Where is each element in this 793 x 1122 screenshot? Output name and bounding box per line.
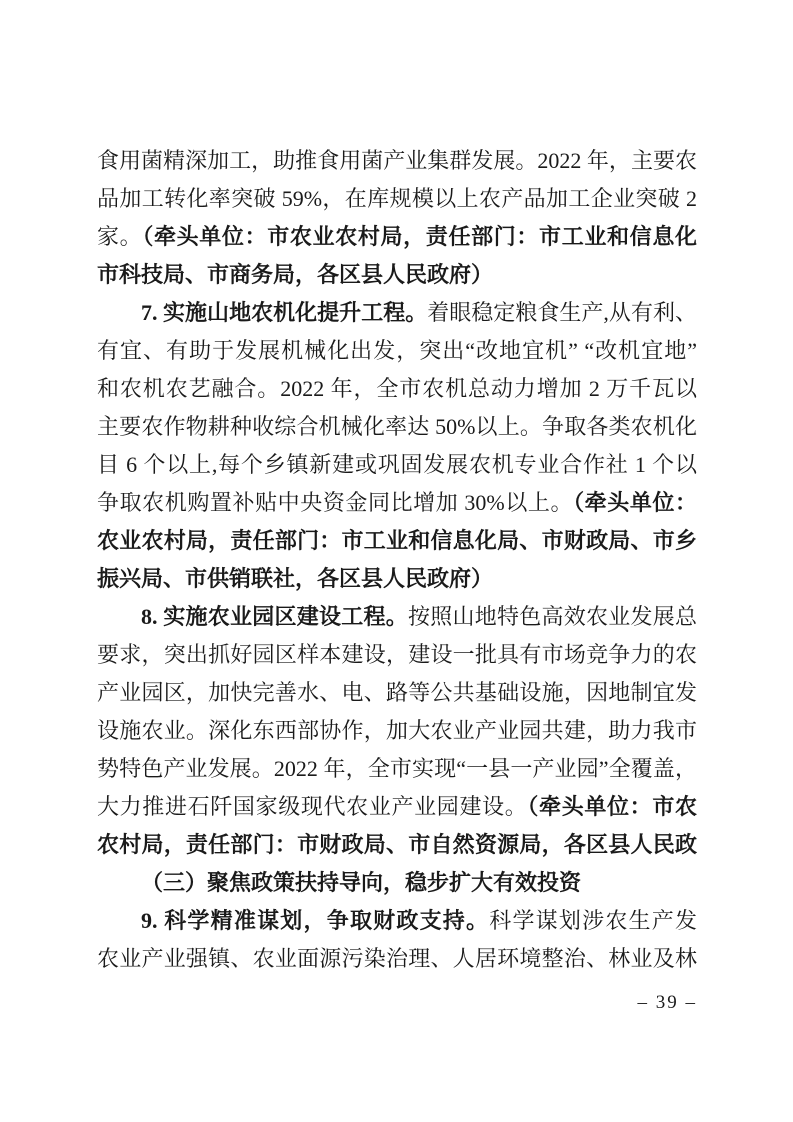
- text-run-normal: 势特色产业发展。2022 年，全市实现“一县一产业园”全覆盖，: [97, 756, 697, 781]
- text-line: 势特色产业发展。2022 年，全市实现“一县一产业园”全覆盖，: [97, 750, 697, 788]
- text-run-normal: 着眼稳定粮食生产,从有利、: [427, 300, 697, 325]
- paragraph-7: 7. 实施山地农机化提升工程。着眼稳定粮食生产,从有利、有宜、有助于发展机械化出…: [97, 294, 697, 598]
- text-run-normal: 食用菌精深加工，助推食用菌产业集群发展。2022 年，主要农产: [97, 148, 697, 180]
- text-run-normal: 要求，突出抓好园区样本建设，建设一批具有市场竞争力的农业: [97, 642, 697, 674]
- text-run-normal: 大力推进石阡国家级现代农业产业园建设。: [97, 794, 527, 819]
- text-line: 农业农村局，责任部门：市工业和信息化局、市财政局、市乡村: [97, 522, 697, 560]
- text-line: 目 6 个以上,每个乡镇新建或巩固发展农机专业合作社 1 个以上，: [97, 446, 697, 484]
- text-run-normal: 设施农业。深化东西部协作，加大农业产业园共建，助力我市优: [97, 718, 697, 750]
- text-line: 7. 实施山地农机化提升工程。着眼稳定粮食生产,从有利、: [97, 294, 697, 332]
- text-line: 设施农业。深化东西部协作，加大农业产业园共建，助力我市优: [97, 712, 697, 750]
- page-number: – 39 –: [638, 991, 698, 1015]
- heading-section-3: （三）聚焦政策扶持导向，稳步扩大有效投资: [97, 864, 697, 902]
- text-line: （三）聚焦政策扶持导向，稳步扩大有效投资: [97, 864, 697, 902]
- text-run-normal: 产业园区，加快完善水、电、路等公共基础设施，因地制宜发展: [97, 680, 697, 712]
- text-line: 振兴局、市供销联社，各区县人民政府）: [97, 560, 697, 598]
- text-run-normal: 有宜、有助于发展机械化出发，突出“改地宜机” “改机宜地”: [97, 338, 697, 363]
- text-run-normal: 品加工转化率突破 59%，在库规模以上农产品加工企业突破 200: [97, 186, 697, 218]
- text-run-normal: 和农机农艺融合。2022 年，全市农机总动力增加 2 万千瓦以上，: [97, 376, 697, 408]
- document-body: 食用菌精深加工，助推食用菌产业集群发展。2022 年，主要农产品加工转化率突破 …: [97, 142, 697, 978]
- text-run-song-bold: 8. 实施农业园区建设工程。: [141, 604, 408, 629]
- text-run-hei-bold: 农村局，责任部门：市财政局、市自然资源局，各区县人民政府）: [97, 832, 697, 864]
- text-line: 家。（牵头单位：市农业农村局，责任部门：市工业和信息化局、: [97, 218, 697, 256]
- paragraph-9: 9. 科学精准谋划，争取财政支持。科学谋划涉农生产发展、农业产业强镇、农业面源污…: [97, 902, 697, 978]
- text-line: 有宜、有助于发展机械化出发，突出“改地宜机” “改机宜地”: [97, 332, 697, 370]
- text-run-hei-bold: 农业农村局，责任部门：市工业和信息化局、市财政局、市乡村: [97, 528, 697, 560]
- text-run-song-bold: 9. 科学精准谋划，争取财政支持。: [141, 908, 489, 933]
- text-line: 食用菌精深加工，助推食用菌产业集群发展。2022 年，主要农产: [97, 142, 697, 180]
- text-run-song-bold: 7. 实施山地农机化提升工程。: [141, 300, 427, 325]
- text-run-normal: 目 6 个以上,每个乡镇新建或巩固发展农机专业合作社 1 个以上，: [97, 452, 697, 484]
- paragraph-8: 8. 实施农业园区建设工程。按照山地特色高效农业发展总体要求，突出抓好园区样本建…: [97, 598, 697, 864]
- text-run-hei-bold: 振兴局、市供销联社，各区县人民政府）: [97, 566, 493, 591]
- text-line: 农业产业强镇、农业面源污染治理、人居环境整治、林业及林下: [97, 940, 697, 978]
- text-line: 要求，突出抓好园区样本建设，建设一批具有市场竞争力的农业: [97, 636, 697, 674]
- text-line: 大力推进石阡国家级现代农业产业园建设。（牵头单位：市农业: [97, 788, 697, 826]
- text-line: 8. 实施农业园区建设工程。按照山地特色高效农业发展总体: [97, 598, 697, 636]
- text-line: 农村局，责任部门：市财政局、市自然资源局，各区县人民政府）: [97, 826, 697, 864]
- text-run-hei-bold: （牵头单位：市农业农村局，责任部门：市工业和信息化局、: [97, 224, 697, 256]
- text-line: 争取农机购置补贴中央资金同比增加 30%以上。（牵头单位：市: [97, 484, 697, 522]
- text-run-hei-bold: 市科技局、市商务局，各区县人民政府）: [97, 262, 493, 287]
- document-page: 食用菌精深加工，助推食用菌产业集群发展。2022 年，主要农产品加工转化率突破 …: [0, 0, 793, 1122]
- text-line: 产业园区，加快完善水、电、路等公共基础设施，因地制宜发展: [97, 674, 697, 712]
- text-line: 品加工转化率突破 59%，在库规模以上农产品加工企业突破 200: [97, 180, 697, 218]
- paragraph-6-continuation: 食用菌精深加工，助推食用菌产业集群发展。2022 年，主要农产品加工转化率突破 …: [97, 142, 697, 294]
- text-run-normal: 农业产业强镇、农业面源污染治理、人居环境整治、林业及林下: [97, 946, 697, 978]
- text-run-kai-bold: （三）聚焦政策扶持导向，稳步扩大有效投资: [141, 870, 581, 895]
- text-run-normal: 争取农机购置补贴中央资金同比增加 30%以上。: [97, 490, 573, 515]
- text-line: 9. 科学精准谋划，争取财政支持。科学谋划涉农生产发展、: [97, 902, 697, 940]
- text-line: 主要农作物耕种收综合机械化率达 50%以上。争取各类农机化项: [97, 408, 697, 446]
- text-run-normal: 主要农作物耕种收综合机械化率达 50%以上。争取各类农机化项: [97, 414, 697, 446]
- text-line: 和农机农艺融合。2022 年，全市农机总动力增加 2 万千瓦以上，: [97, 370, 697, 408]
- text-line: 市科技局、市商务局，各区县人民政府）: [97, 256, 697, 294]
- text-run-normal: 家。: [97, 224, 142, 249]
